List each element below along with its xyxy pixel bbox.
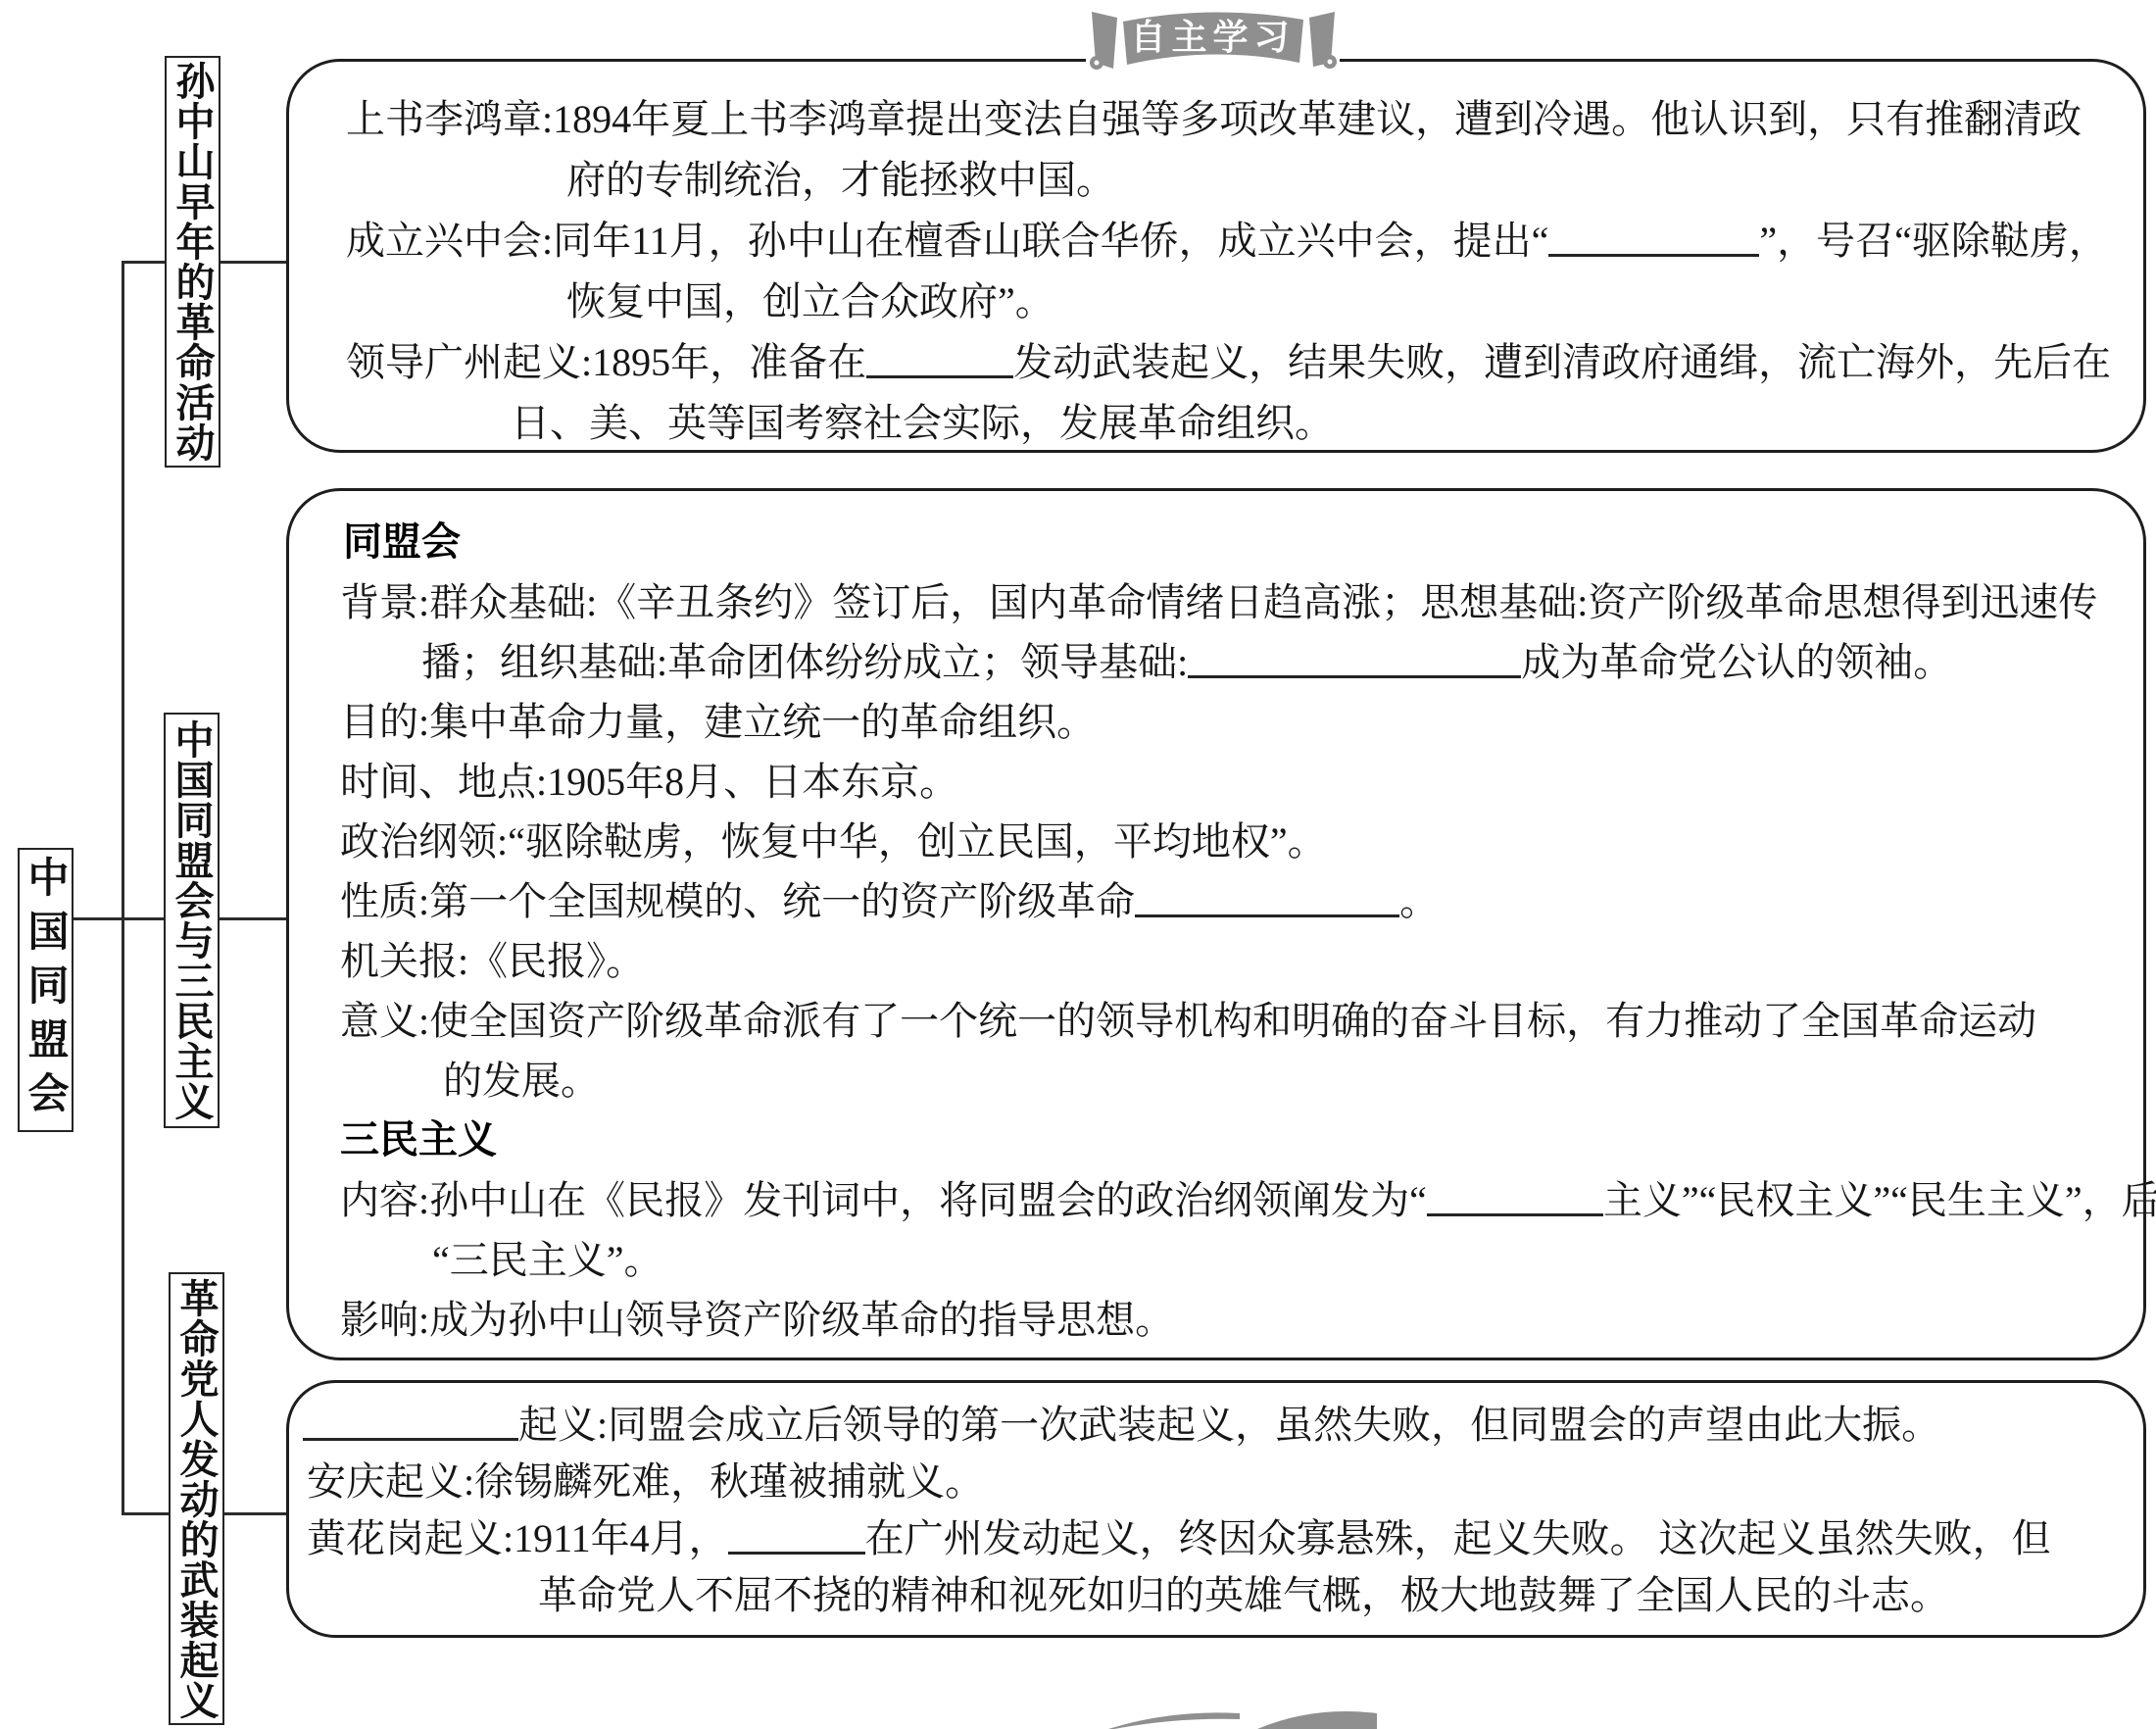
text-line: 安庆起义:徐锡麟死难，秋瑾被捕就义。: [289, 1454, 2143, 1510]
text-line: 内容:孙中山在《民报》发刊词中，将同盟会的政治纲领阐发为“主义”“民权主义”“民…: [289, 1170, 2143, 1230]
text-line: 机关报:《民报》。: [289, 931, 2143, 991]
text-segment: 三民主义: [340, 1118, 497, 1161]
text-segment: 同盟会: [343, 520, 461, 564]
text-segment: 发动武装起义，结果失败，遭到清政府通缉，流亡海外，先后在: [1013, 340, 2111, 384]
text-segment: 安庆起义:徐锡麟死难，秋瑾被捕就义。: [307, 1459, 984, 1504]
text-segment: 性质:第一个全国规模的、统一的资产阶级革命: [340, 879, 1135, 923]
connector-line: [123, 1512, 171, 1515]
branch-label-early-activities: 孙中山早年的革命活动: [165, 56, 220, 468]
text-segment: 上书李鸿章:1894年夏上书李鸿章提出变法自强等多项改革建议，遭到冷遇。他认识到…: [346, 97, 2082, 141]
fill-in-blank: [728, 1550, 865, 1555]
next-section-banner-partial: [1102, 1705, 1377, 1729]
text-line: 性质:第一个全国规模的、统一的资产阶级革命。: [289, 871, 2143, 931]
text-segment: ”，号召“驱除鞑虏，: [1759, 219, 2108, 263]
text-segment: 恢复中国，创立合众政府”。: [566, 279, 1054, 323]
text-line: 日、美、英等国考察社会实际，发展革命组织。: [289, 393, 2143, 454]
root-node-label: 中国同盟会: [18, 848, 73, 1132]
content-box-uprisings: 起义:同盟会成立后领导的第一次武装起义，虽然失败，但同盟会的声望由此大振。安庆起…: [286, 1380, 2146, 1638]
branch-label-uprisings: 革命党人发动的武装起义: [169, 1272, 224, 1725]
text-segment: 起义:同盟会成立后领导的第一次武装起义，虽然失败，但同盟会的声望由此大振。: [518, 1403, 1940, 1447]
connector-line: [73, 917, 166, 920]
text-line: 政治纲领:“驱除鞑虏，恢复中华，创立民国，平均地权”。: [289, 812, 2143, 871]
fill-in-blank: [303, 1436, 518, 1441]
fill-in-blank: [866, 373, 1013, 378]
text-segment: 机关报:《民报》。: [340, 939, 645, 983]
text-line: 领导广州起义:1895年，准备在发动武装起义，结果失败，遭到清政府通缉，流亡海外…: [289, 332, 2143, 393]
text-line: 府的专制统治，才能拯救中国。: [289, 150, 2143, 211]
text-segment: 时间、地点:1905年8月、日本东京。: [340, 760, 958, 804]
self-study-banner-label: 自主学习: [1078, 16, 1347, 59]
text-segment: 播；组织基础:革命团体纷纷成立；领导基础:: [421, 640, 1188, 684]
section-heading: 同盟会: [289, 513, 2143, 572]
text-line: 背景:群众基础:《辛丑条约》签订后，国内革命情绪日趋高涨；思想基础:资产阶级革命…: [289, 572, 2143, 632]
text-segment: 领导广州起义:1895年，准备在: [346, 340, 866, 384]
text-segment: 成立兴中会:同年11月，孙中山在檀香山联合华侨，成立兴中会，提出“: [346, 219, 1548, 263]
content-box-tongmenghui-sanmin: 同盟会背景:群众基础:《辛丑条约》签订后，国内革命情绪日趋高涨；思想基础:资产阶…: [286, 488, 2146, 1360]
connector-line: [220, 917, 288, 920]
connector-line: [220, 261, 288, 264]
text-line: 成立兴中会:同年11月，孙中山在檀香山联合华侨，成立兴中会，提出“”，号召“驱除…: [289, 211, 2143, 272]
text-segment: 革命党人不屈不挠的精神和视死如归的英雄气概，极大地鼓舞了全国人民的斗志。: [538, 1573, 1949, 1617]
text-segment: 政治纲领:“驱除鞑虏，恢复中华，创立民国，平均地权”。: [340, 819, 1327, 864]
text-line: 上书李鸿章:1894年夏上书李鸿章提出变法自强等多项改革建议，遭到冷遇。他认识到…: [289, 89, 2143, 150]
text-line: 革命党人不屈不挠的精神和视死如归的英雄气概，极大地鼓舞了全国人民的斗志。: [289, 1567, 2143, 1624]
text-line: 起义:同盟会成立后领导的第一次武装起义，虽然失败，但同盟会的声望由此大振。: [289, 1397, 2143, 1454]
text-segment: 影响:成为孙中山领导资产阶级革命的指导思想。: [340, 1298, 1174, 1342]
text-segment: 黄花岗起义:1911年4月，: [307, 1516, 728, 1560]
text-line: 恢复中国，创立合众政府”。: [289, 272, 2143, 332]
text-segment: 主义”“民权主义”“民生主义”，后称: [1603, 1178, 2156, 1222]
connector-line: [122, 261, 124, 1515]
text-segment: 内容:孙中山在《民报》发刊词中，将同盟会的政治纲领阐发为“: [340, 1178, 1427, 1222]
fill-in-blank: [1427, 1211, 1603, 1216]
fill-in-blank: [1548, 252, 1759, 257]
section-heading: 三民主义: [289, 1111, 2143, 1170]
text-line: 时间、地点:1905年8月、日本东京。: [289, 752, 2143, 812]
text-line: 意义:使全国资产阶级革命派有了一个统一的领导机构和明确的奋斗目标，有力推动了全国…: [289, 991, 2143, 1051]
text-line: 播；组织基础:革命团体纷纷成立；领导基础:成为革命党公认的领袖。: [289, 632, 2143, 692]
branch-label-tongmenghui-sanmin: 中国同盟会与三民主义: [164, 713, 220, 1128]
connector-line: [123, 261, 167, 264]
fill-in-blank: [1135, 913, 1399, 917]
self-study-banner: 自主学习: [1078, 2, 1347, 78]
text-line: 影响:成为孙中山领导资产阶级革命的指导思想。: [289, 1290, 2143, 1350]
text-segment: 。: [1399, 879, 1439, 923]
content-box-early-activities: 上书李鸿章:1894年夏上书李鸿章提出变法自强等多项改革建议，遭到冷遇。他认识到…: [286, 59, 2146, 453]
text-segment: 意义:使全国资产阶级革命派有了一个统一的领导机构和明确的奋斗目标，有力推动了全国…: [340, 999, 2036, 1043]
text-segment: 成为革命党公认的领袖。: [1521, 640, 1952, 684]
text-segment: 府的专制统治，才能拯救中国。: [566, 158, 1115, 202]
text-segment: 日、美、英等国考察社会实际，发展革命组织。: [511, 401, 1334, 445]
diagram-canvas: 中国同盟会 孙中山早年的革命活动 中国同盟会与三民主义 革命党人发动的武装起义 …: [0, 0, 2156, 1729]
text-segment: “三民主义”。: [432, 1238, 663, 1282]
text-line: 的发展。: [289, 1051, 2143, 1111]
ribbon-banner-partial-icon: [1102, 1705, 1377, 1729]
text-line: 黄花岗起义:1911年4月，在广州发动起义，终因众寡悬殊，起义失败。 这次起义虽…: [289, 1510, 2143, 1567]
text-segment: 背景:群众基础:《辛丑条约》签订后，国内革命情绪日趋高涨；思想基础:资产阶级革命…: [340, 580, 2097, 624]
text-line: 目的:集中革命力量，建立统一的革命组织。: [289, 692, 2143, 752]
connector-line: [224, 1512, 288, 1515]
text-segment: 在广州发动起义，终因众寡悬殊，起义失败。 这次起义虽然失败，但: [865, 1516, 2051, 1560]
fill-in-blank: [1188, 673, 1521, 678]
text-segment: 目的:集中革命力量，建立统一的革命组织。: [340, 700, 1096, 744]
text-segment: 的发展。: [443, 1059, 600, 1103]
text-line: “三民主义”。: [289, 1230, 2143, 1290]
